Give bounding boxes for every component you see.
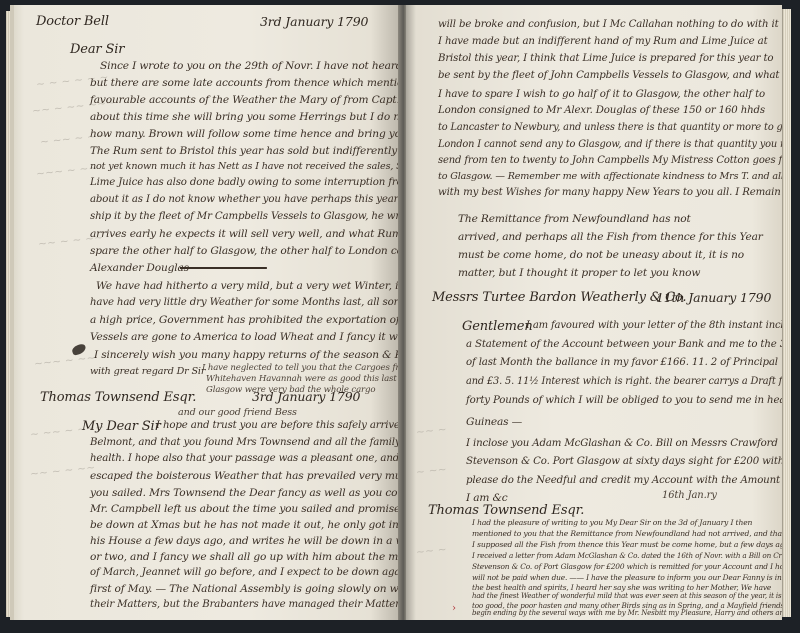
letter-4-line: I received a letter from Adam McGlashan … (472, 551, 782, 560)
letter-2-line: you sailed. Mrs Townsend the Dear fancy … (90, 487, 402, 499)
letter-1-line: how many. Brown will follow some time he… (90, 128, 402, 140)
letter-4-line: I supposed all the Fish from thence this… (472, 540, 782, 549)
letter-2-continued-line: with my best Wishes for many happy New Y… (438, 187, 782, 198)
letter-1-line: Vessels are gone to America to load Whea… (90, 331, 402, 343)
letter-3-line: of last Month the ballance in my favor £… (466, 357, 778, 368)
letter-1-line: Since I wrote to you on the 29th of Novr… (100, 60, 402, 72)
bleed-through-text: ~~ ~ (415, 423, 447, 438)
letter-1-line: spare the other half to Glasgow, the oth… (90, 245, 402, 257)
letter-2-date: 3rd January 1790 (252, 389, 360, 404)
letter-3-addressee: Messrs Turtee Bardon Weatherly & Co. (432, 290, 686, 305)
letter-1-line: The Rum sent to Bristol this year has so… (90, 145, 402, 157)
bleed-through-text: ~~ ~ ~ ~~ (30, 462, 96, 481)
letter-1-line: arrives early he expects it will sell ve… (90, 228, 402, 240)
letter-2-continued-line: London consigned to Mr Alexr. Douglas of… (438, 105, 765, 116)
letter-1-date: 3rd January 1790 (260, 14, 368, 29)
letter-2-line: first of May. — The National Assembly is… (90, 583, 402, 595)
letter-2-continued-line: I have made but an indifferent hand of m… (438, 36, 768, 47)
letter-2-line: health. I hope also that your passage wa… (90, 453, 402, 464)
letter-1-line: have had very little dry Weather for som… (90, 297, 402, 308)
letter-1-line: about it as I do not know whether you ha… (90, 194, 402, 205)
letter-2-line: I hope and trust you are before this saf… (156, 420, 402, 431)
letter-1-postscript: Whitehaven Havannah were as good this la… (206, 374, 402, 384)
right-page: ~~ ~ ~ ~~ ~~ ~ will be broke and confusi… (406, 5, 782, 620)
letter-2-line: escaped the boisterous Weather that has … (90, 470, 402, 482)
letter-2-continued-line: will be broke and confusion, but I Mc Ca… (438, 19, 782, 30)
letter-2-interlinear: and our good friend Bess (178, 407, 297, 418)
letter-2-line: their Matters, but the Brabanters have m… (90, 599, 402, 610)
letter-1-line: a high price, Government has prohibited … (90, 314, 402, 326)
letter-2-continued-line: to Glasgow. — Remember me with affection… (438, 171, 782, 182)
letter-4-addressee: Thomas Townsend Esqr. (428, 503, 584, 518)
postscript-line: matter, but I thought it proper to let y… (458, 267, 700, 279)
letter-3-line: I am favoured with your letter of the 8t… (526, 320, 782, 331)
letter-4-line: the best health and spirits, I heard her… (472, 583, 771, 592)
letter-1-line: I sincerely wish you many happy returns … (94, 349, 402, 361)
postscript-line: arrived, and perhaps all the Fish from t… (458, 231, 763, 243)
letter-1-line: ship it by the fleet of Mr Campbells Ves… (90, 211, 402, 222)
postscript-line: The Remittance from Newfoundland has not (458, 213, 691, 225)
bleed-through-text: ~~~ ~ ~~ (34, 352, 97, 370)
letter-4-line: begin ending by the several ways with me… (472, 609, 782, 617)
struck-out-text (180, 262, 267, 274)
red-margin-mark: › (452, 603, 456, 614)
letter-1-line: We have had hitherto a very mild, but a … (96, 280, 402, 292)
letter-2-continued-line: to Lancaster to Newbury, and unless ther… (438, 122, 782, 133)
letter-1-salutation: Dear Sir (70, 42, 124, 57)
letter-3-line: please do the Needful and credit my Acco… (466, 475, 780, 486)
letter-3-salutation: Gentlemen (462, 319, 533, 334)
letter-1-line: but there are some late accounts from th… (90, 77, 402, 89)
letter-1-line: about this time she will bring you some … (90, 111, 402, 123)
letter-3-line: forty Pounds of which I will be obliged … (466, 395, 782, 406)
letter-4-line: mentioned to you that the Remittance fro… (472, 529, 782, 538)
letter-3-line: Guineas — (466, 416, 522, 428)
letter-4-line: Stevenson & Co. of Port Glasgow for £200… (472, 562, 782, 571)
letter-3-line: and £3. 5. 11½ Interest which is right. … (466, 376, 782, 387)
bleed-through-text: ~ ~~ (415, 463, 447, 478)
letter-3-date: 11th January 1790 (656, 290, 771, 305)
letter-2-line: or two, and I fancy we shall all go up w… (90, 551, 402, 563)
letter-2-line: Belmont, and that you found Mrs Townsend… (90, 437, 402, 448)
postscript-line: must be come home, do not be uneasy abou… (458, 249, 744, 261)
letter-2-line: his House a few days ago, and writes he … (90, 535, 402, 547)
letter-1-addressee: Doctor Bell (36, 14, 109, 29)
letter-3-line: Stevenson & Co. Port Glasgow at sixty da… (466, 456, 782, 467)
letter-1-line: Lime Juice has also done badly owing to … (90, 177, 402, 188)
letter-2-continued-line: send from ten to twenty to John Campbell… (438, 155, 782, 166)
letter-1-postscript: I have neglected to tell you that the Ca… (202, 363, 402, 373)
left-page: ~ ~ ~ ~ ~ ~ ~~ ~ ~~ ~~~ ~ ~~ ~ ~~ ~~~ ~ … (10, 5, 402, 620)
letter-1-line: favourable accounts of the Weather the M… (90, 94, 402, 106)
letter-2-line: be down at Xmas but he has not made it o… (90, 519, 402, 531)
bleed-through-text: ~~ ~ (415, 543, 447, 558)
letter-2-addressee: Thomas Townsend Esqr. (40, 390, 196, 405)
letter-4-line: had the finest Weather of wonderful mild… (472, 592, 781, 600)
letter-3-note-date: 16th Jan.ry (662, 490, 717, 501)
letter-2-continued-line: London I cannot send any to Glasgow, and… (438, 139, 782, 150)
letter-3-line: a Statement of the Account between your … (466, 339, 782, 350)
bleed-through-text: ~~~ ~ ~~ (36, 162, 99, 180)
letter-3-line: I inclose you Adam McGlashan & Co. Bill … (466, 438, 778, 449)
letter-2-continued-line: be sent by the fleet of John Campbells V… (438, 70, 782, 81)
letter-4-line: will not be paid when due. —— I have the… (472, 573, 782, 582)
letter-2-line: of March, Jeannet will go before, and I … (90, 567, 402, 578)
letter-1-line: not yet known much it has Nett as I have… (90, 161, 402, 172)
letter-2-continued-line: Bristol this year, I think that Lime Jui… (438, 53, 773, 64)
letter-1-line: Alexander Douglas (90, 262, 189, 274)
letter-2-line: Mr. Campbell left us about the time you … (90, 503, 402, 515)
letter-4-line: I had the pleasure of writing to you My … (472, 518, 752, 527)
open-letter-book: ~ ~ ~ ~ ~ ~ ~~ ~ ~~ ~~~ ~ ~~ ~ ~~ ~~~ ~ … (10, 5, 790, 625)
letter-2-continued-line: I have to spare I wish to go half of it … (438, 89, 765, 100)
letter-2-salutation: My Dear Sir (82, 419, 161, 434)
page-edges-right (782, 9, 791, 617)
letter-1-closing: with great regard Dr Sir (90, 366, 205, 377)
